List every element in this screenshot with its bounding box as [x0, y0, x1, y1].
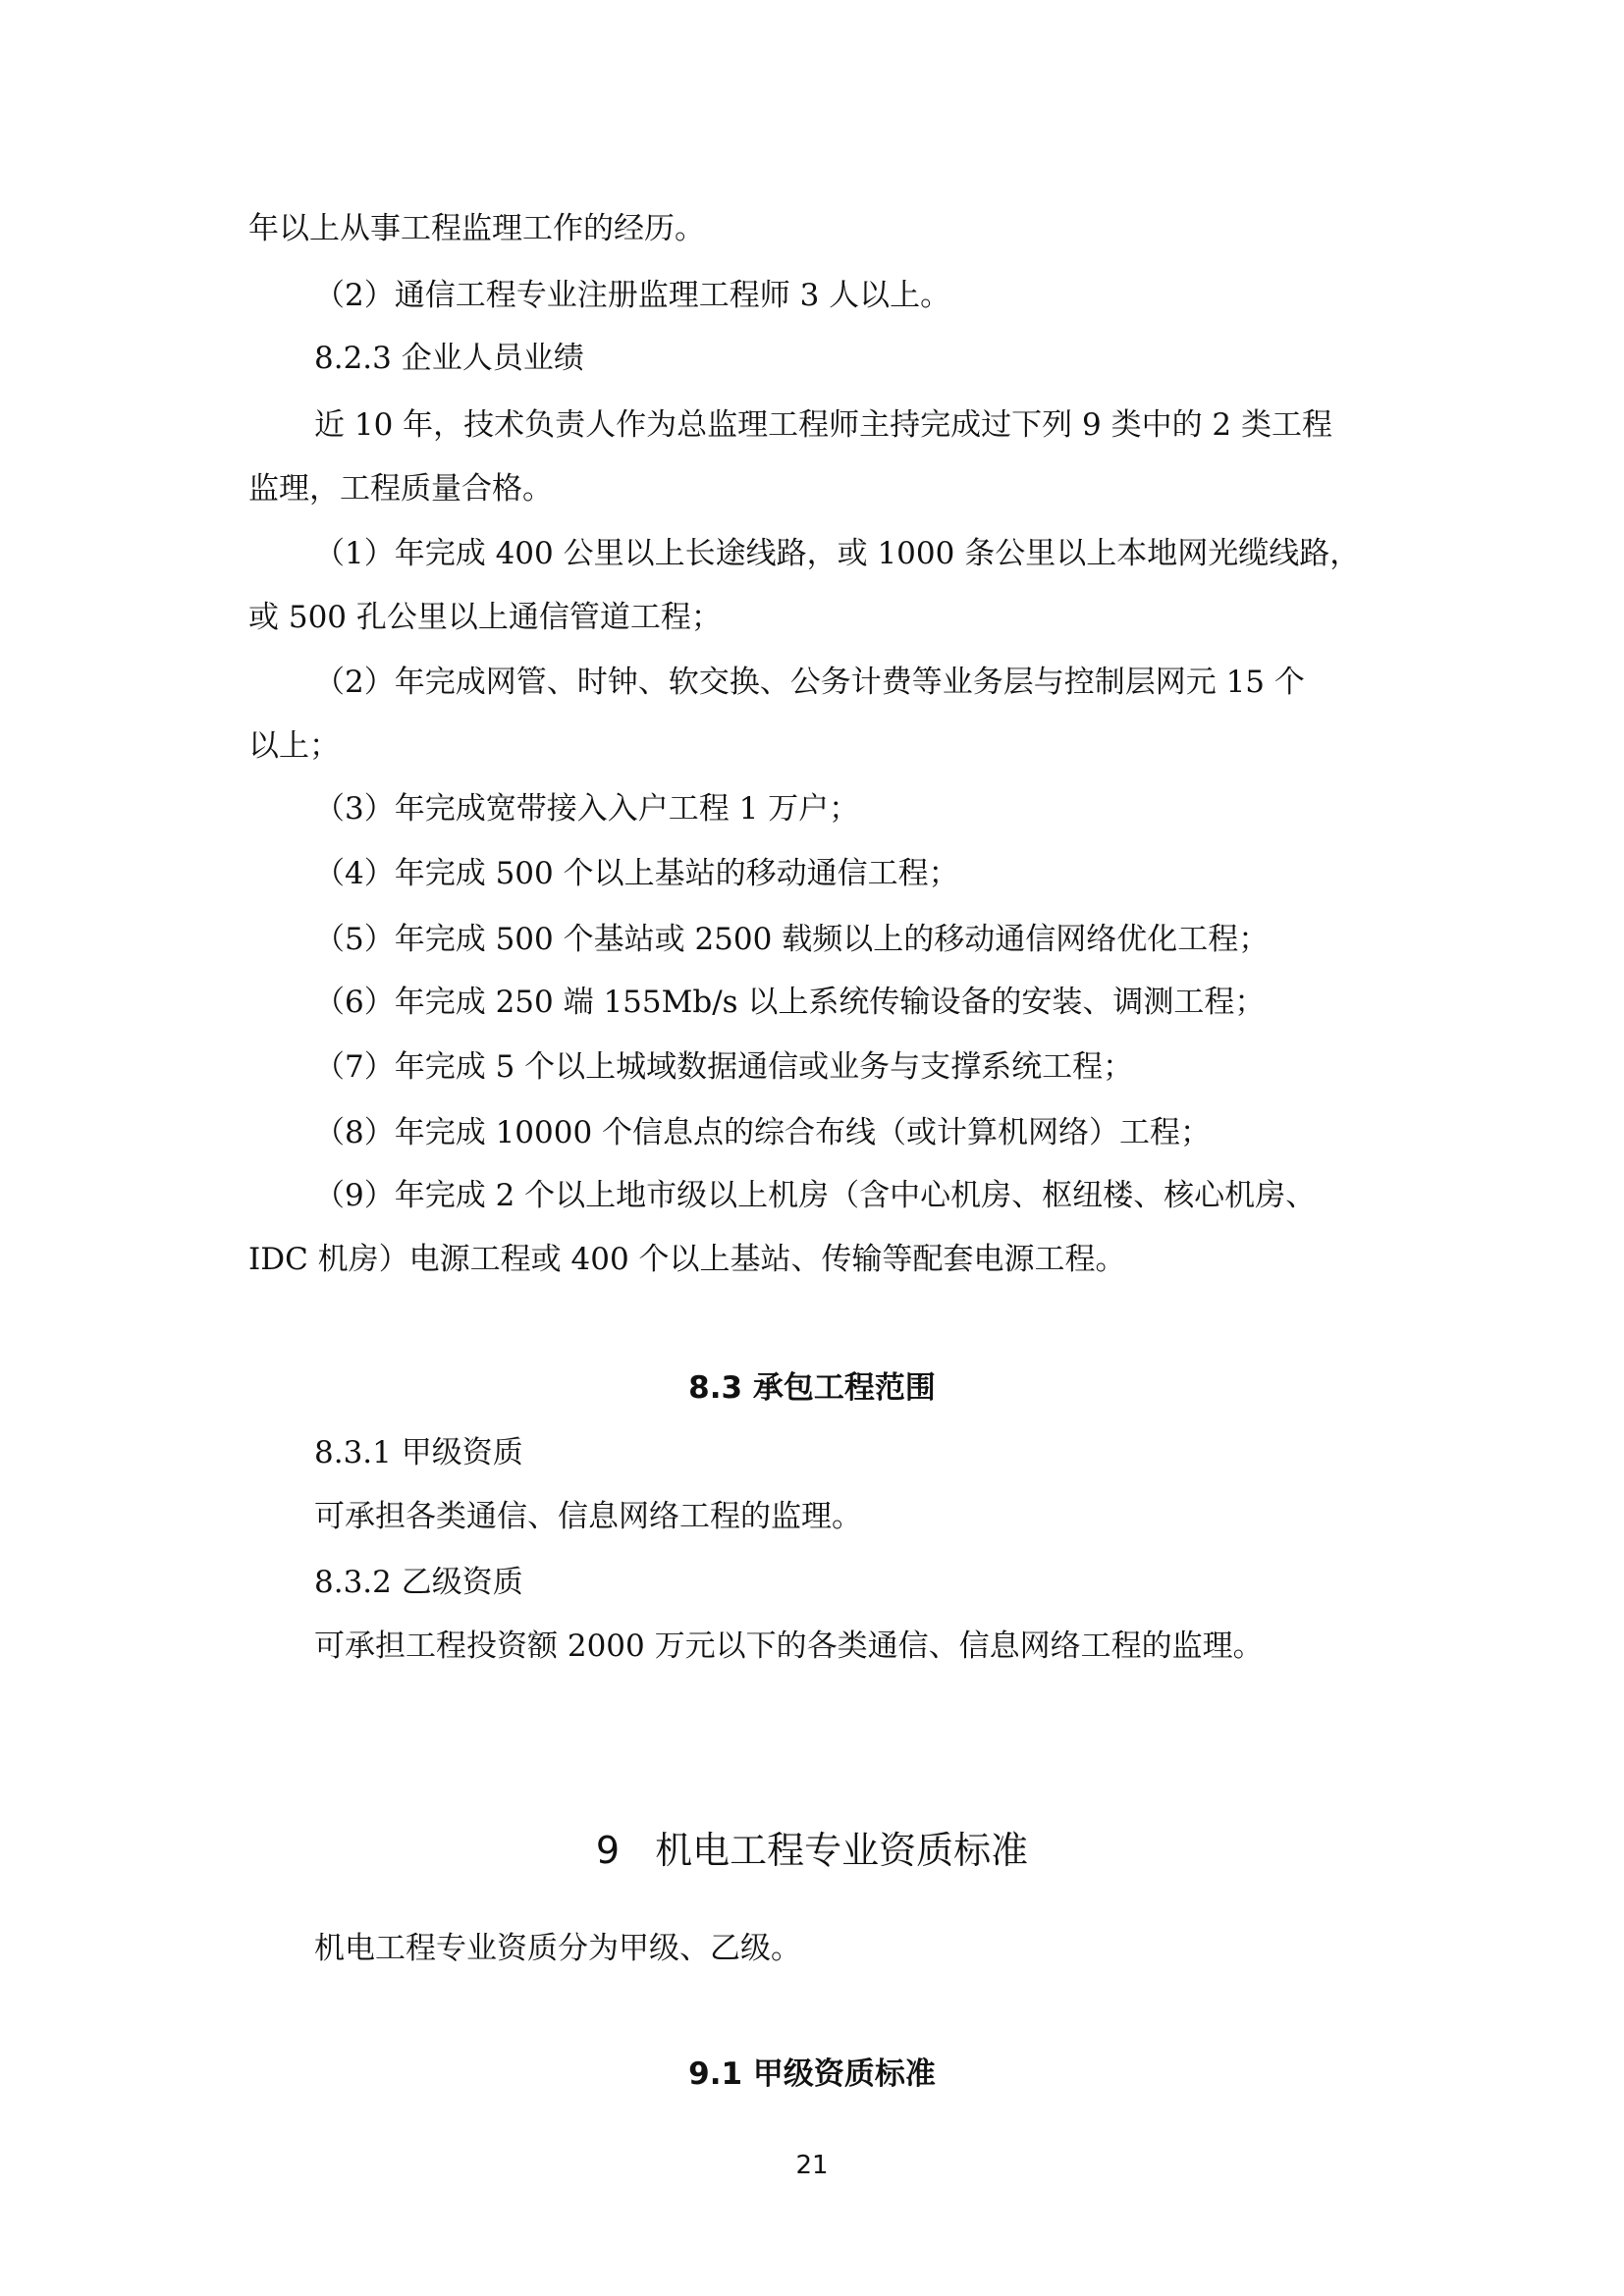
- paragraph-line: 近 10 年，技术负责人作为总监理工程师主持完成过下列 9 类中的 2 类工程: [314, 405, 1332, 445]
- chapter-heading-9: 9机电工程专业资质标准: [0, 1827, 1624, 1874]
- page-number: 21: [0, 2150, 1624, 2181]
- paragraph-line: 机电工程专业资质分为甲级、乙级。: [314, 1929, 801, 1968]
- section-heading-9-1: 9.1 甲级资质标准: [0, 2055, 1624, 2094]
- paragraph-line: （9）年完成 2 个以上地市级以上机房（含中心机房、枢纽楼、核心机房、: [314, 1176, 1316, 1215]
- paragraph-line: 8.3.1 甲级资质: [314, 1433, 523, 1472]
- paragraph-line: 以上；: [248, 726, 340, 766]
- paragraph-line: （8）年完成 10000 个信息点的综合布线（或计算机网络）工程；: [314, 1113, 1211, 1152]
- paragraph-line: （1）年完成 400 公里以上长途线路，或 1000 条公里以上本地网光缆线路，: [314, 534, 1360, 573]
- paragraph-line: 可承担工程投资额 2000 万元以下的各类通信、信息网络工程的监理。: [314, 1627, 1264, 1666]
- paragraph-line: （7）年完成 5 个以上城域数据通信或业务与支撑系统工程；: [314, 1047, 1133, 1087]
- chapter-title: 机电工程专业资质标准: [655, 1829, 1028, 1872]
- paragraph-line: （5）年完成 500 个基站或 2500 载频以上的移动通信网络优化工程；: [314, 920, 1269, 959]
- paragraph-line: （3）年完成宽带接入入户工程 1 万户；: [314, 789, 859, 828]
- paragraph-line: （6）年完成 250 端 155Mb/s 以上系统传输设备的安装、调测工程；: [314, 983, 1265, 1022]
- paragraph-line: 监理，工程质量合格。: [248, 469, 553, 508]
- paragraph-line: （2）通信工程专业注册监理工程师 3 人以上。: [314, 276, 950, 315]
- chapter-number: 9: [596, 1829, 620, 1872]
- paragraph-line: IDC 机房）电源工程或 400 个以上基站、传输等配套电源工程。: [248, 1240, 1126, 1279]
- paragraph-line: （4）年完成 500 个以上基站的移动通信工程；: [314, 854, 959, 893]
- paragraph-line: 8.3.2 乙级资质: [314, 1563, 523, 1602]
- paragraph-line: （2）年完成网管、时钟、软交换、公务计费等业务层与控制层网元 15 个: [314, 663, 1305, 702]
- paragraph-line: 可承担各类通信、信息网络工程的监理。: [314, 1497, 862, 1536]
- paragraph-line: 年以上从事工程监理工作的经历。: [248, 209, 705, 248]
- paragraph-line: 8.2.3 企业人员业绩: [314, 339, 584, 378]
- section-heading-8-3: 8.3 承包工程范围: [0, 1368, 1624, 1408]
- paragraph-line: 或 500 孔公里以上通信管道工程；: [248, 598, 722, 637]
